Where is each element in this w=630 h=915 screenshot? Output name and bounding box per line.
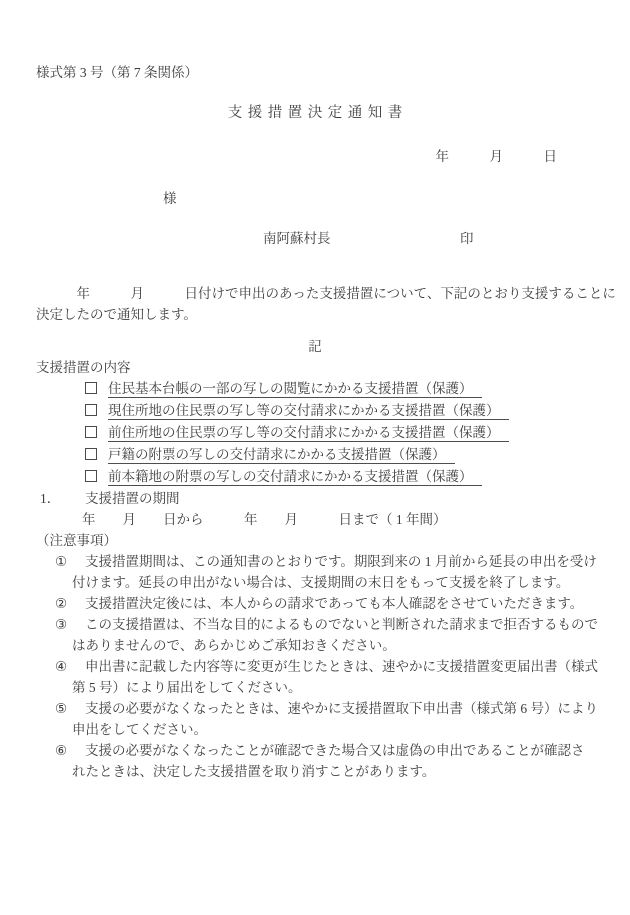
note-number: ② bbox=[55, 593, 85, 614]
note-text: この支援措置は、不当な目的によるものでないと判断された請求まで拒否するもので bbox=[85, 617, 598, 632]
issuer-line: 南阿蘇村長 印 bbox=[36, 228, 594, 249]
measure-option-row: 現住所地の住民票の写し等の交付請求にかかる支援措置（保護） bbox=[85, 400, 594, 422]
period-section-number: 1． bbox=[40, 488, 85, 509]
measures-heading: 支援措置の内容 bbox=[36, 357, 594, 378]
checkbox[interactable] bbox=[85, 382, 97, 394]
form-number: 様式第 3 号（第 7 条関係） bbox=[36, 62, 594, 83]
measures-list: 住民基本台帳の一部の写しの閲覧にかかる支援措置（保護） 現住所地の住民票の写し等… bbox=[36, 378, 594, 488]
ki-marker: 記 bbox=[36, 336, 594, 357]
measure-option-row: 戸籍の附票の写しの交付請求にかかる支援措置（保護） bbox=[85, 444, 594, 466]
note-text: 第 5 号）により届出をしてください。 bbox=[72, 677, 594, 698]
measure-option-label: 住民基本台帳の一部の写しの閲覧にかかる支援措置（保護） bbox=[108, 381, 482, 398]
document-title: 支援措置決定通知書 bbox=[36, 103, 594, 124]
note-number: ③ bbox=[55, 614, 85, 635]
intro-paragraph: 年 月 日付けで申出のあった支援措置について、下記のとおり支援することに 決定し… bbox=[36, 283, 594, 325]
seal-placeholder: 印 bbox=[460, 228, 474, 249]
notes-heading: （注意事項） bbox=[36, 530, 594, 551]
note-text: れたときは、決定した支援措置を取り消すことがあります。 bbox=[72, 761, 594, 782]
checkbox[interactable] bbox=[85, 448, 97, 460]
note-text: 支援の必要がなくなったときは、速やかに支援措置取下申出書（様式第 6 号）により bbox=[85, 701, 598, 716]
note-item: ⑤支援の必要がなくなったときは、速やかに支援措置取下申出書（様式第 6 号）によ… bbox=[55, 698, 594, 740]
issue-date-line: 年 月 日 bbox=[36, 146, 594, 167]
checkbox[interactable] bbox=[85, 470, 97, 482]
issuer-name: 南阿蘇村長 bbox=[263, 231, 331, 246]
note-text: 支援措置期間は、この通知書のとおりです。期限到来の 1 月前から延長の申出を受け bbox=[85, 554, 597, 569]
measure-option-row: 前本籍地の附票の写しの交付請求にかかる支援措置（保護） bbox=[85, 466, 594, 488]
period-section-heading: 1．支援措置の期間 bbox=[36, 488, 594, 509]
period-date-range: 年 月 日から 年 月 日まで（ 1 年間） bbox=[82, 509, 594, 530]
intro-line-2: 決定したので通知します。 bbox=[36, 304, 594, 325]
note-item: ③この支援措置は、不当な目的によるものでないと判断された請求まで拒否するもので … bbox=[55, 614, 594, 656]
addressee-suffix: 様 bbox=[36, 188, 594, 209]
document-page: 様式第 3 号（第 7 条関係） 支援措置決定通知書 年 月 日 様 南阿蘇村長… bbox=[0, 0, 630, 915]
note-text: 申出をしてください。 bbox=[72, 719, 594, 740]
measure-option-row: 前住所地の住民票の写し等の交付請求にかかる支援措置（保護） bbox=[85, 422, 594, 444]
measure-option-label: 戸籍の附票の写しの交付請求にかかる支援措置（保護） bbox=[108, 447, 455, 464]
note-number: ⑤ bbox=[55, 698, 85, 719]
note-text: 申出書に記載した内容等に変更が生じたときは、速やかに支援措置変更届出書（様式 bbox=[85, 659, 598, 674]
note-number: ⑥ bbox=[55, 740, 85, 761]
checkbox[interactable] bbox=[85, 426, 97, 438]
measure-option-label: 前住所地の住民票の写し等の交付請求にかかる支援措置（保護） bbox=[108, 425, 509, 442]
note-text: 付けます。延長の申出がない場合は、支援期間の末日をもって支援を終了します。 bbox=[72, 572, 594, 593]
notes-list: ①支援措置期間は、この通知書のとおりです。期限到来の 1 月前から延長の申出を受… bbox=[36, 551, 594, 782]
note-item: ②支援措置決定後には、本人からの請求であっても本人確認をさせていただきます。 bbox=[55, 593, 594, 614]
note-number: ① bbox=[55, 551, 85, 572]
measure-option-label: 前本籍地の附票の写しの交付請求にかかる支援措置（保護） bbox=[108, 469, 482, 486]
measure-option-label: 現住所地の住民票の写し等の交付請求にかかる支援措置（保護） bbox=[108, 403, 509, 420]
note-text: はありませんので、あらかじめご承知おきください。 bbox=[72, 635, 594, 656]
intro-line-1: 年 月 日付けで申出のあった支援措置について、下記のとおり支援することに bbox=[36, 283, 594, 304]
period-section-title: 支援措置の期間 bbox=[85, 491, 180, 506]
note-text: 支援措置決定後には、本人からの請求であっても本人確認をさせていただきます。 bbox=[85, 596, 583, 611]
note-item: ①支援措置期間は、この通知書のとおりです。期限到来の 1 月前から延長の申出を受… bbox=[55, 551, 594, 593]
note-item: ④申出書に記載した内容等に変更が生じたときは、速やかに支援措置変更届出書（様式 … bbox=[55, 656, 594, 698]
note-item: ⑥支援の必要がなくなったことが確認できた場合又は虚偽の申出であることが確認さ れ… bbox=[55, 740, 594, 782]
measure-option-row: 住民基本台帳の一部の写しの閲覧にかかる支援措置（保護） bbox=[85, 378, 594, 400]
note-number: ④ bbox=[55, 656, 85, 677]
note-text: 支援の必要がなくなったことが確認できた場合又は虚偽の申出であることが確認さ bbox=[85, 743, 585, 758]
checkbox[interactable] bbox=[85, 404, 97, 416]
